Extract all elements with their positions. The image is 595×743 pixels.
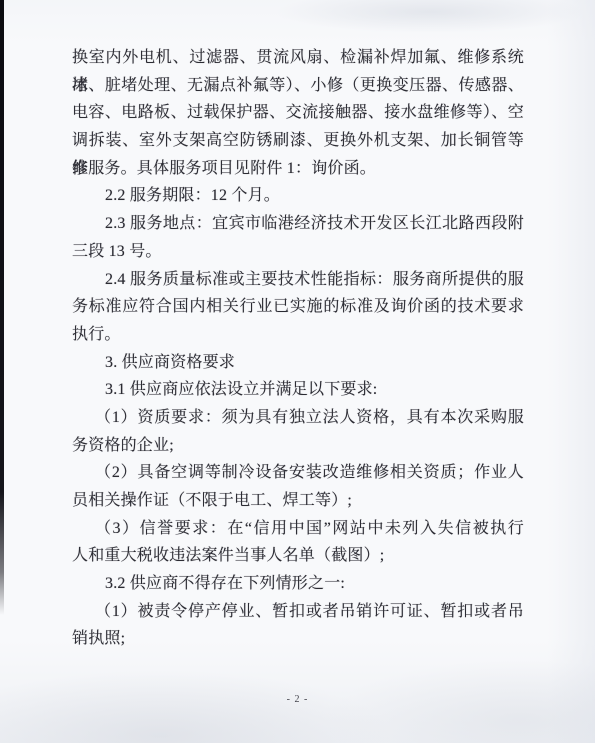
text-line: 堵、脏堵处理、无漏点补氟等）、小修（更换变压器、传感器、 <box>72 72 524 100</box>
paragraph-clause-2-2-service-period: 2.2 服务期限：12 个月。 <box>72 182 524 210</box>
page-number: - 2 - <box>0 694 595 705</box>
document-page: 换室内外电机、过滤器、贯流风扇、检漏补焊加氟、维修系统冰堵、脏堵处理、无漏点补氟… <box>0 0 595 743</box>
scanner-edge-artifact <box>0 0 4 615</box>
paragraph-clause-2-4-quality-standard: 2.4 服务质量标准或主要技术性能指标：服务商所提供的服务标准应符合国内相关行业… <box>72 266 524 349</box>
text-line: 2.4 服务质量标准或主要技术性能指标：服务商所提供的服 <box>72 266 524 294</box>
text-line: 修服务。具体服务项目见附件 1：询价函。 <box>72 155 524 183</box>
text-line: 三段 13 号。 <box>72 238 524 266</box>
text-line: 执行。 <box>72 321 524 349</box>
text-line: 换室内外电机、过滤器、贯流风扇、检漏补焊加氟、维修系统冰 <box>72 44 524 72</box>
paragraph-service-scope-continued: 换室内外电机、过滤器、贯流风扇、检漏补焊加氟、维修系统冰堵、脏堵处理、无漏点补氟… <box>72 44 524 182</box>
text-line: 务标准应符合国内相关行业已实施的标准及询价函的技术要求 <box>72 293 524 321</box>
text-line: 2.3 服务地点：宜宾市临港经济技术开发区长江北路西段附 <box>72 210 524 238</box>
text-line: 电容、电路板、过载保护器、交流接触器、接水盘维修等）、空 <box>72 99 524 127</box>
paragraph-section-3-supplier-qualification: 3. 供应商资格要求 <box>72 349 524 377</box>
text-line: （1）资质要求：须为具有独立法人资格，具有本次采购服 <box>72 404 524 432</box>
text-line: 调拆装、室外支架高空防锈刷漆、更换外机支架、加长铜管等维 <box>72 127 524 155</box>
text-line: 3.1 供应商应依法设立并满足以下要求: <box>72 376 524 404</box>
text-line: （2）具备空调等制冷设备安装改造维修相关资质；作业人 <box>72 459 524 487</box>
paragraph-item-2-certificates: （2）具备空调等制冷设备安装改造维修相关资质；作业人员相关操作证（不限于电工、焊… <box>72 459 524 514</box>
text-line: 人和重大税收违法案件当事人名单（截图）; <box>72 542 524 570</box>
text-line: 销执照; <box>72 625 524 653</box>
text-line: 3.2 供应商不得存在下列情形之一: <box>72 570 524 598</box>
text-line: （1）被责令停产停业、暂扣或者吊销许可证、暂扣或者吊 <box>72 598 524 626</box>
text-line: 员相关操作证（不限于电工、焊工等）; <box>72 487 524 515</box>
paragraph-item-1-suspension: （1）被责令停产停业、暂扣或者吊销许可证、暂扣或者吊销执照; <box>72 598 524 653</box>
paragraph-item-1-qualification: （1）资质要求：须为具有独立法人资格，具有本次采购服务资格的企业; <box>72 404 524 459</box>
text-line: 2.2 服务期限：12 个月。 <box>72 182 524 210</box>
paragraph-item-3-credit: （3）信誉要求：在“信用中国”网站中未列入失信被执行人和重大税收违法案件当事人名… <box>72 515 524 570</box>
paragraph-clause-2-3-service-location: 2.3 服务地点：宜宾市临港经济技术开发区长江北路西段附三段 13 号。 <box>72 210 524 265</box>
text-line: 务资格的企业; <box>72 432 524 460</box>
paragraph-clause-3-2-exclusions: 3.2 供应商不得存在下列情形之一: <box>72 570 524 598</box>
text-line: 3. 供应商资格要求 <box>72 349 524 377</box>
text-line: （3）信誉要求：在“信用中国”网站中未列入失信被执行 <box>72 515 524 543</box>
document-text: 换室内外电机、过滤器、贯流风扇、检漏补焊加氟、维修系统冰堵、脏堵处理、无漏点补氟… <box>72 44 524 653</box>
paragraph-clause-3-1-requirements: 3.1 供应商应依法设立并满足以下要求: <box>72 376 524 404</box>
